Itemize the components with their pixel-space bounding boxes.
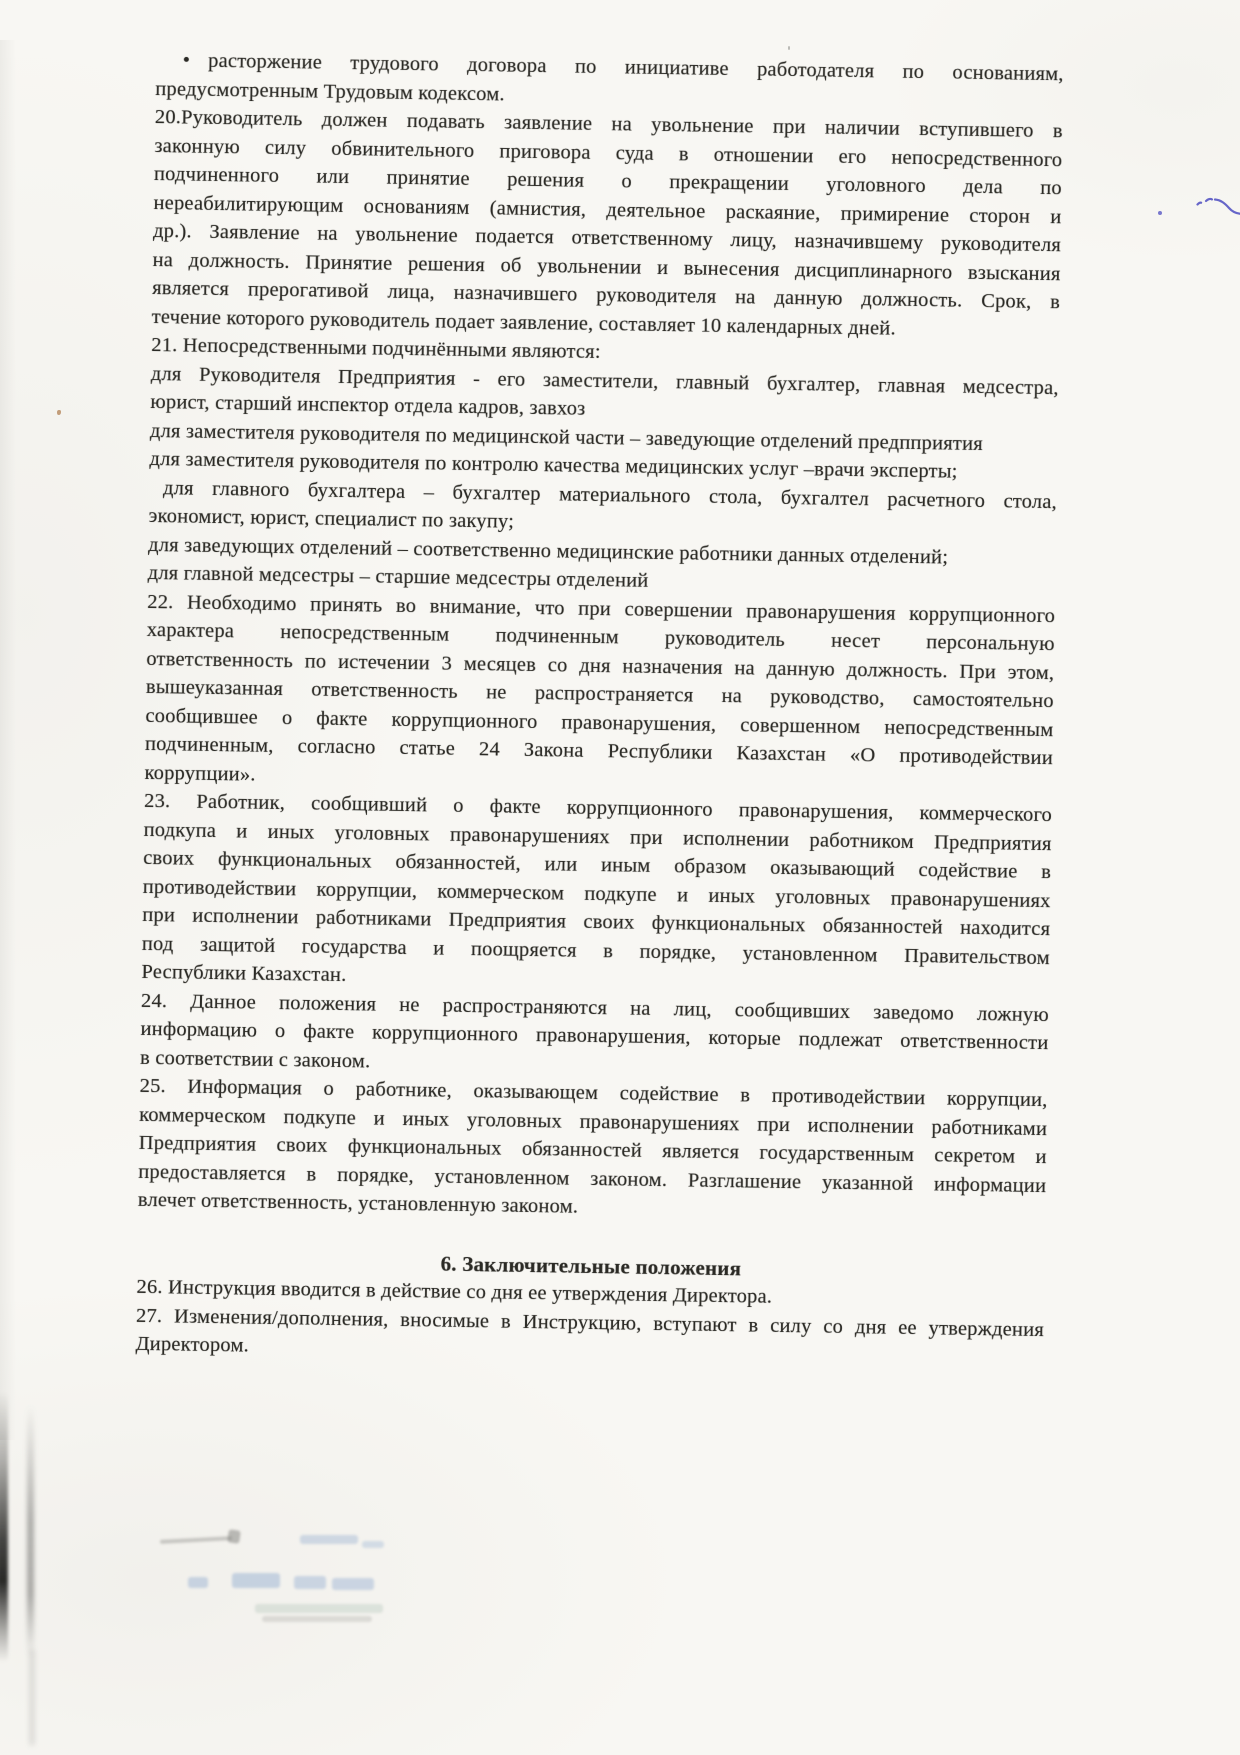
scan-edge-shadow: [0, 1392, 8, 1662]
ink-dot: [1158, 211, 1162, 215]
scan-edge-shade: [0, 40, 16, 1440]
bleedthrough-smudge: [160, 1536, 232, 1544]
bleedthrough-smudge: [232, 1573, 280, 1588]
bleedthrough-smudge: [262, 1616, 372, 1622]
pen-mark: [1196, 192, 1240, 220]
scanned-document-page: •расторжение трудового договора по иници…: [0, 0, 1240, 1755]
scan-edge-streak: [27, 1405, 34, 1657]
bleedthrough-smudge: [332, 1578, 374, 1590]
bleedthrough-smudge: [255, 1604, 383, 1613]
document-text-block: •расторжение трудового договора по иници…: [135, 46, 1064, 1373]
paper-speck: [788, 46, 790, 50]
bleedthrough-smudge: [294, 1576, 326, 1589]
paper-speck: [57, 410, 61, 415]
scan-edge-streak: [30, 1650, 34, 1745]
bleedthrough-smudge: [300, 1535, 358, 1544]
bleedthrough-smudge: [362, 1541, 384, 1548]
bullet-marker: •: [183, 49, 209, 71]
document-lines: •расторжение трудового договора по иници…: [135, 46, 1064, 1373]
bleedthrough-smudge: [188, 1577, 208, 1588]
bleedthrough-smudge: [227, 1529, 241, 1544]
